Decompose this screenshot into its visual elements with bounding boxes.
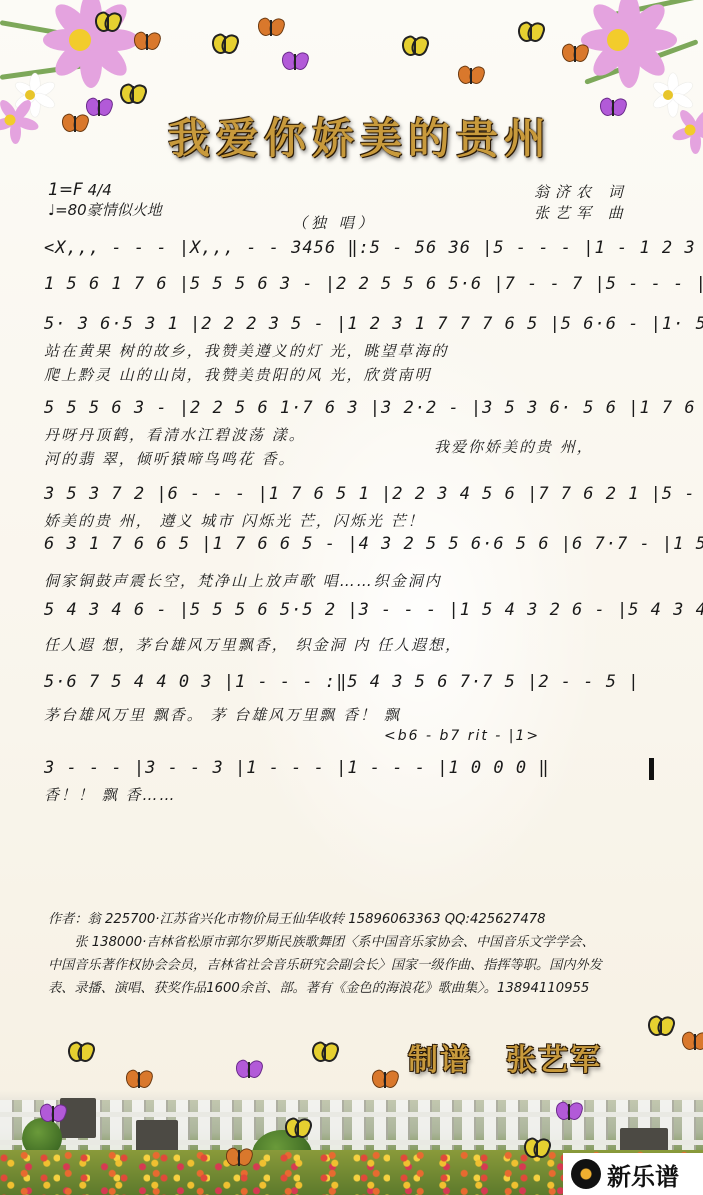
butterfly-icon xyxy=(312,1040,338,1062)
butterfly-icon xyxy=(258,16,284,38)
butterfly-icon xyxy=(285,1116,311,1138)
site-logo[interactable]: 新乐谱 xyxy=(563,1153,703,1195)
notes: 5 4 3 4 6 - |5 5 5 6 5·5 2 |3 - - - |1 5… xyxy=(44,600,660,626)
score-maker: 制谱张艺军 xyxy=(408,1035,636,1079)
score-line-9: <b6 - b7 rit - |1> 3 - - - |3 - - 3 |1 -… xyxy=(44,728,660,808)
butterfly-icon xyxy=(86,96,112,118)
lyric: 茅台雄风万里 飘香。 茅 台雄风万里飘 香！ 飘 xyxy=(44,704,660,728)
notes: 6 3 1 7 6 6 5 |1 7 6 6 5 - |4 3 2 5 5 6·… xyxy=(44,534,660,560)
butterfly-icon xyxy=(68,1040,94,1062)
notes: 5·6 7 5 4 4 0 3 |1 - - - :‖5 4 3 5 6 7·7… xyxy=(44,672,660,698)
butterfly-icon xyxy=(648,1014,674,1036)
jianpu-score: <X‚‚‚ - - - |X‚‚‚ - - 3456 ‖:5 - 56 36 |… xyxy=(44,238,660,808)
score-line-1: <X‚‚‚ - - - |X‚‚‚ - - 3456 ‖:5 - 56 36 |… xyxy=(44,238,660,264)
butterfly-icon xyxy=(562,42,588,64)
refrain-lyric: 我爱你娇美的贵 州， xyxy=(434,436,594,457)
butterfly-icon xyxy=(372,1068,398,1090)
author-info: 作者：翁 225700·江苏省兴化市物价局王仙华收转 15896063363 Q… xyxy=(48,908,668,1000)
butterfly-icon xyxy=(40,1102,66,1124)
butterfly-icon xyxy=(126,1068,152,1090)
logo-text: 新乐谱 xyxy=(607,1157,679,1192)
composer: 张艺军 曲 xyxy=(534,203,629,224)
score-line-8: 5·6 7 5 4 4 0 3 |1 - - - :‖5 4 3 5 6 7·7… xyxy=(44,672,660,728)
maker-label: 制谱 xyxy=(408,1043,472,1078)
score-line-4: 5 5 5 6 3 - |2 2 5 6 1·7 6 3 |3 2·2 - |3… xyxy=(44,398,660,472)
butterfly-icon xyxy=(236,1058,262,1080)
score-line-7: 5 4 3 4 6 - |5 5 5 6 5·5 2 |3 - - - |1 5… xyxy=(44,600,660,658)
key-signature: 1=F xyxy=(48,180,83,200)
lyric: 娇美的贵 州， 遵义 城市 闪烁光 芒，闪烁光 芒！ xyxy=(44,510,660,534)
notes: 3 - - - |3 - - 3 |1 - - - |1 - - - |1 0 … xyxy=(44,758,660,784)
lyric: 任人遐 想，茅台雄风万里飘香， 织金洞 内 任人遐想， xyxy=(44,634,660,658)
fence-rail xyxy=(0,1112,703,1117)
rit-annotation: <b6 - b7 rit - |1> xyxy=(44,728,660,752)
author-info-line: 张 138000·吉林省松原市郭尔罗斯民族歌舞团〈系中国音乐家协会、中国音乐文学… xyxy=(48,931,668,954)
notes: 3 5 3 7 2 |6 - - - |1 7 6 5 1 |2 2 3 4 5… xyxy=(44,484,660,510)
notes: 5 5 5 6 3 - |2 2 5 6 1·7 6 3 |3 2·2 - |3… xyxy=(44,398,660,424)
score-header-left: 1=F 4/4 ♩=80豪情似火地 xyxy=(48,180,162,220)
lyric: 香！！ 飘 香…… xyxy=(44,784,660,808)
butterfly-icon xyxy=(134,30,160,52)
score-line-3: 5· 3 6·5 3 1 |2 2 2 3 5 - |1 2 3 1 7 7 7… xyxy=(44,314,660,388)
fence-rail xyxy=(0,1140,703,1145)
butterfly-icon xyxy=(62,112,88,134)
song-title: 我爱你娇美的贵州 xyxy=(140,106,580,166)
butterfly-icon xyxy=(282,50,308,72)
butterfly-icon xyxy=(402,34,428,56)
score-line-5: 3 5 3 7 2 |6 - - - |1 7 6 5 1 |2 2 3 4 5… xyxy=(44,484,660,534)
maker-name: 张艺军 xyxy=(506,1043,602,1078)
butterfly-icon xyxy=(458,64,484,86)
author-info-line: 中国音乐著作权协会会员，吉林省社会音乐研究会副会长〉国家一级作曲、指挥等职。国内… xyxy=(48,954,668,977)
final-barline xyxy=(649,758,654,780)
butterfly-icon xyxy=(682,1030,703,1052)
lyricist: 翁济农 词 xyxy=(534,182,629,203)
butterfly-icon xyxy=(524,1136,550,1158)
lyric-verse-1: 站在黄果 树的故乡，我赞美遵义的灯 光，眺望草海的 xyxy=(44,340,660,364)
tempo: ♩=80 xyxy=(48,201,87,219)
score-line-2: 1 5 6 1 7 6 |5 5 5 6 3 - |2 2 5 5 6 5·6 … xyxy=(44,274,660,300)
credits: 翁济农 词 张艺军 曲 xyxy=(534,182,629,224)
butterfly-icon xyxy=(212,32,238,54)
lyric-verse-2: 爬上黔灵 山的山岗，我赞美贵阳的风 光，欣赏南明 xyxy=(44,364,660,388)
author-info-line: 作者：翁 225700·江苏省兴化市物价局王仙华收转 15896063363 Q… xyxy=(48,908,668,931)
author-info-line: 表、录播、演唱、获奖作品1600余首、部。著有《金色的海浪花》歌曲集〉。1389… xyxy=(48,977,668,1000)
score-line-6: 6 3 1 7 6 6 5 |1 7 6 6 5 - |4 3 2 5 5 6·… xyxy=(44,534,660,594)
butterfly-icon xyxy=(95,10,121,32)
butterfly-icon xyxy=(556,1100,582,1122)
butterfly-icon xyxy=(120,82,146,104)
expression-mark: 豪情似火地 xyxy=(87,201,162,219)
time-signature: 4/4 xyxy=(88,181,112,199)
notes: 5· 3 6·5 3 1 |2 2 2 3 5 - |1 2 3 1 7 7 7… xyxy=(44,314,660,340)
butterfly-icon xyxy=(518,20,544,42)
lyric: 侗家铜鼓声震长空，梵净山上放声歌 唱……织金洞内 xyxy=(44,570,660,594)
performance-type: （独 唱） xyxy=(292,212,377,233)
butterfly-icon xyxy=(226,1146,252,1168)
lyric-verse-2: 河的翡 翠，倾听猿啼鸟鸣花 香。 我爱你娇美的贵 州， xyxy=(44,448,660,472)
notes: 1 5 6 1 7 6 |5 5 5 6 3 - |2 2 5 5 6 5·6 … xyxy=(44,274,660,300)
notes: <X‚‚‚ - - - |X‚‚‚ - - 3456 ‖:5 - 56 36 |… xyxy=(44,238,660,264)
butterfly-icon xyxy=(600,96,626,118)
vinyl-disc-icon xyxy=(571,1159,601,1189)
